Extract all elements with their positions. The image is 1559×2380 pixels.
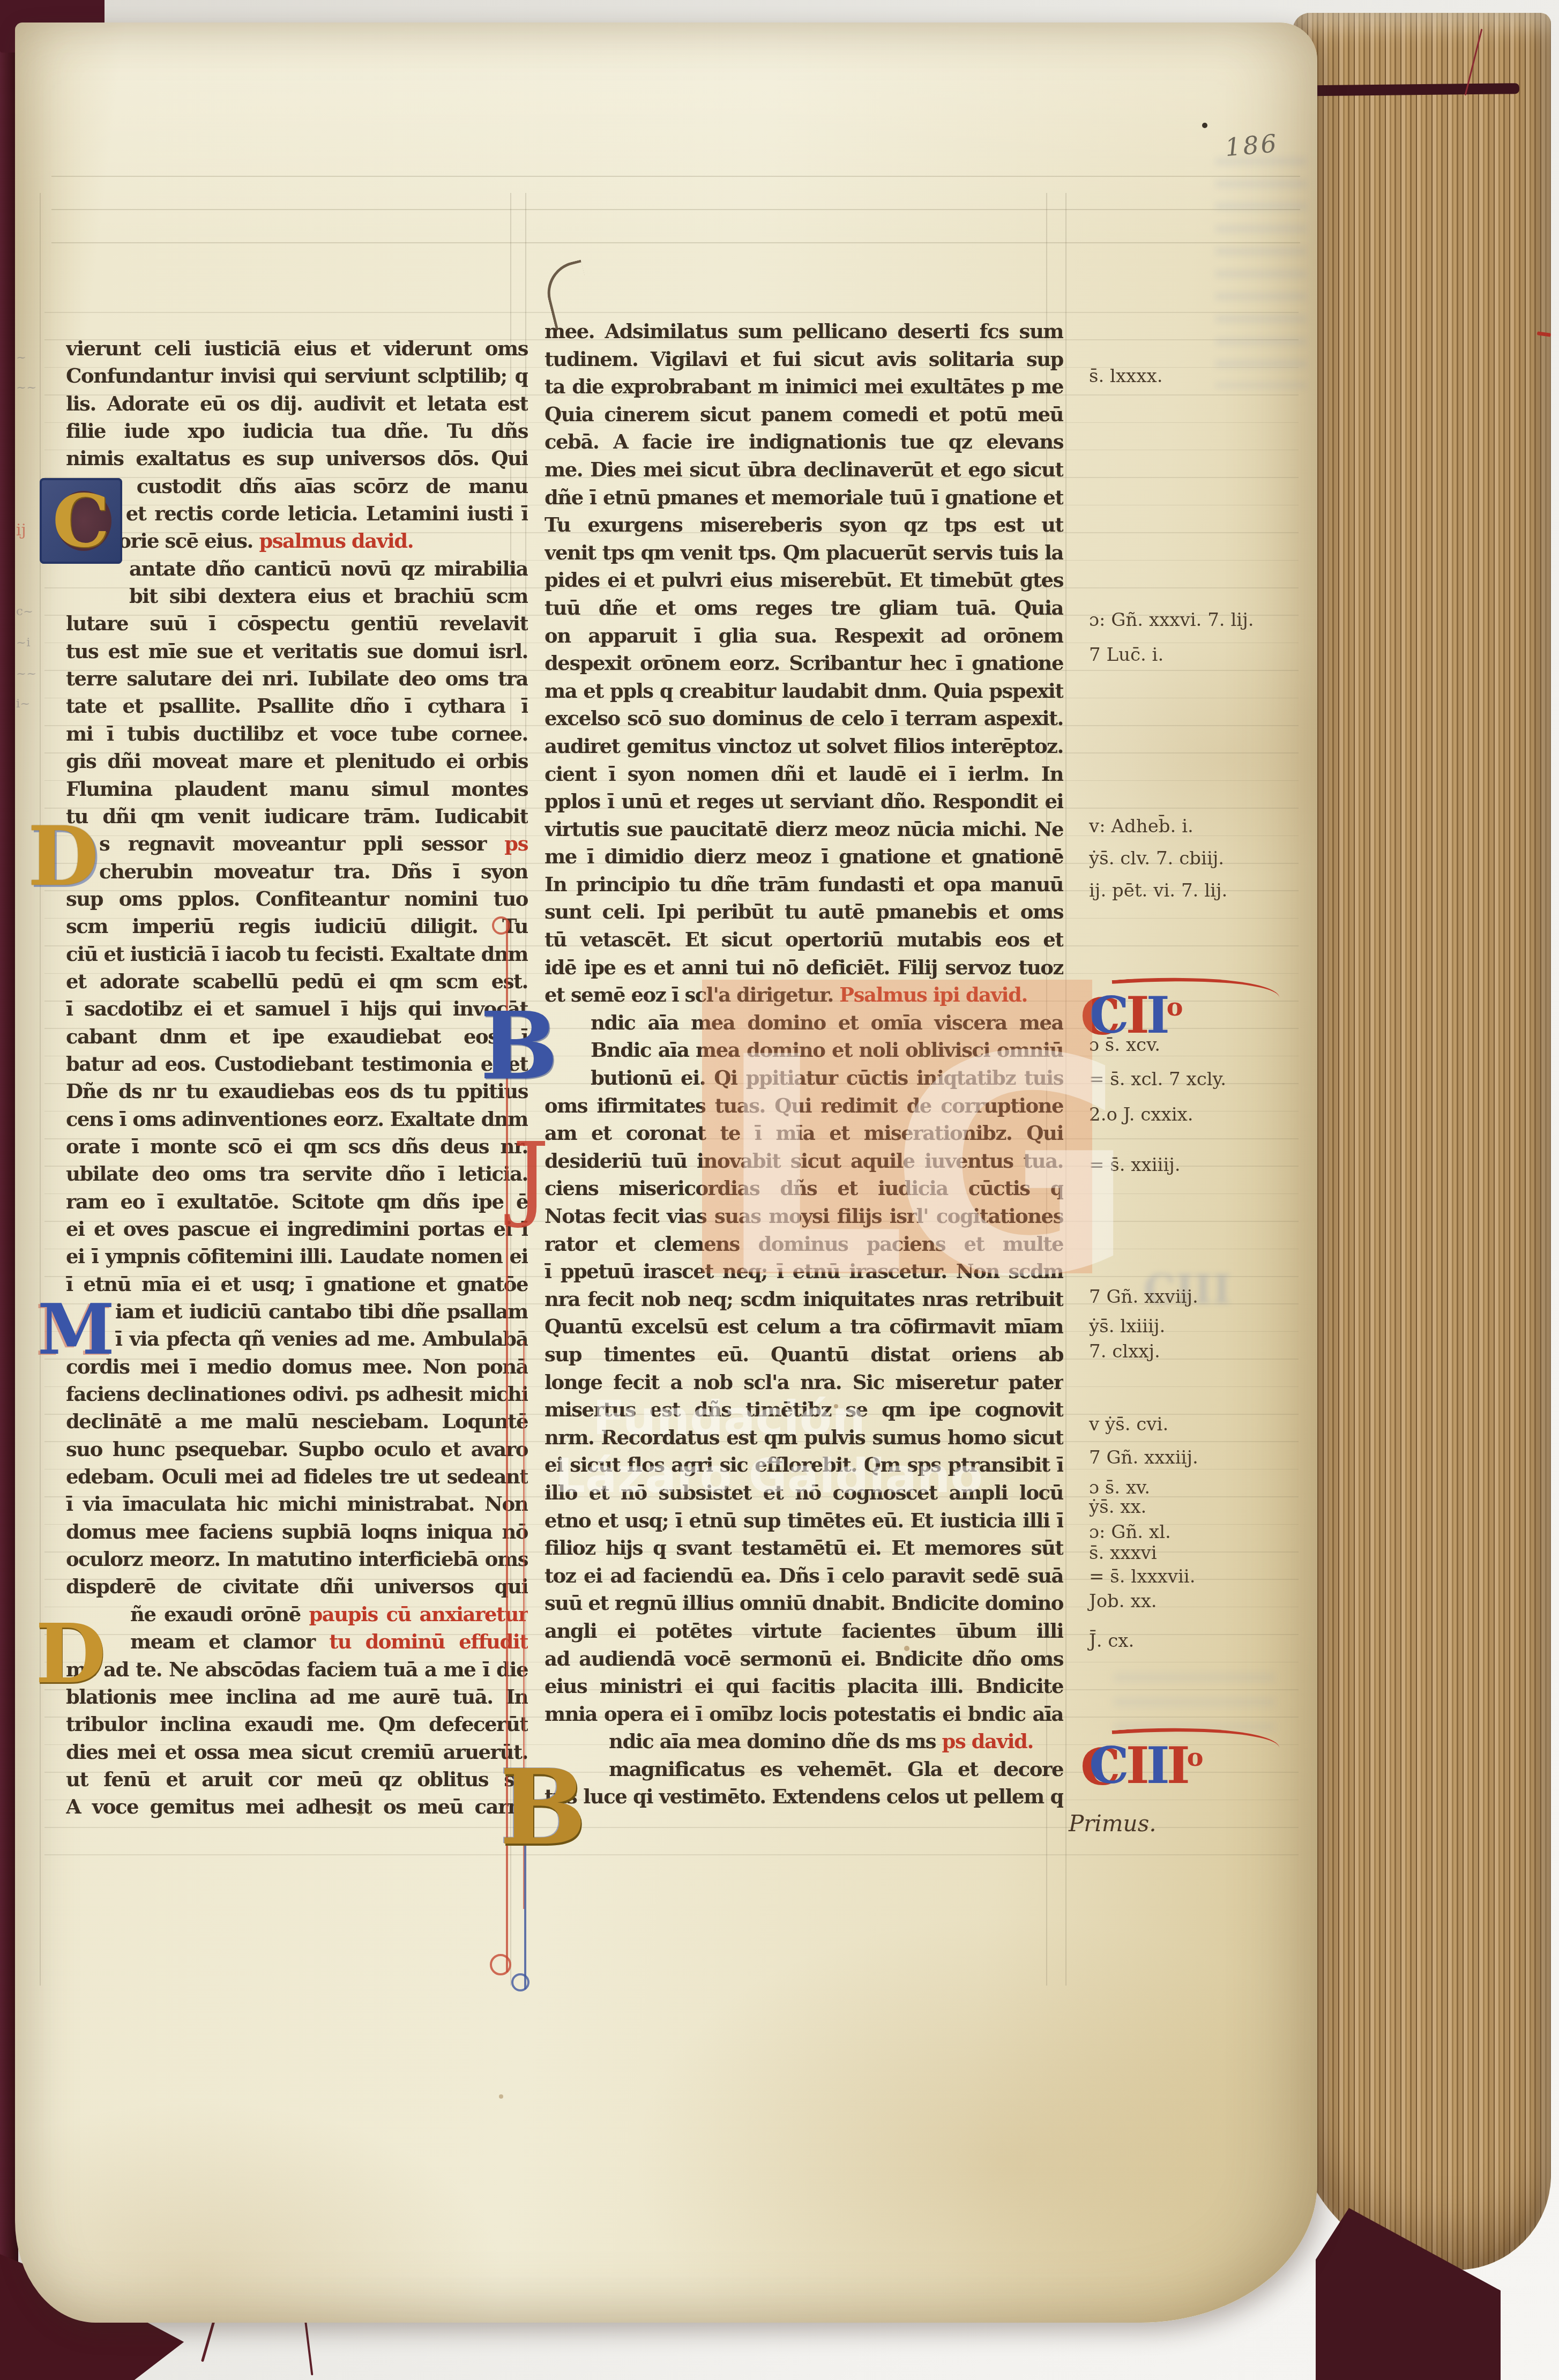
body-text: eius ministri ei qui facitis placita ill… (544, 1674, 1063, 1700)
psalm-numeral-ciii: CIIIo (1089, 1741, 1203, 1791)
body-text: tribulor inclina exaudi me. Qm defecerūt… (66, 1712, 528, 1738)
fore-edge-page-stack (1293, 13, 1551, 2270)
text-line: suo hunc psequebar. Supbo oculo et avaro… (66, 1436, 528, 1463)
text-line: cabant dnm et ipe exaudiebat eos ī colum… (66, 1023, 528, 1050)
body-text: sunt celi. Ipi peribūt tu autē pmanebis … (544, 900, 1063, 926)
show-through-ghost-text (1114, 1673, 1274, 1737)
text-line: magnificatus es vehemēt. Gla et decore i… (544, 1756, 1063, 1784)
text-line: blationis mee inclina ad me aurē tuā. In… (66, 1683, 528, 1711)
body-text: Confundantur invisi qui serviunt sclptil… (66, 364, 528, 390)
text-line: bit sibi dextera eius et brachiū scm eiu… (66, 583, 528, 610)
red-swash (1112, 968, 1279, 1009)
margin-reference: ẏs̄. xx. (1089, 1496, 1146, 1518)
body-text: tus est mīe sue et veritatis sue domui i… (66, 639, 528, 665)
body-text: faciens declinationes odivi. ps adhesit … (66, 1382, 528, 1408)
body-text: iusto et rectis corde leticia. Letamini … (66, 502, 528, 527)
body-text: despexit orōnem eorz. Scribantur hec ī g… (544, 651, 1063, 677)
body-text: me ī dimidio dierz meoz ī gnatione et gn… (544, 845, 1063, 871)
text-line: excelso scō suo dominus de celo ī terram… (544, 705, 1063, 733)
ruling-line (51, 209, 1300, 210)
body-text: ī via pfecta qñ venies ad me. Ambulabā ī… (115, 1327, 528, 1353)
margin-scribble: i~ (16, 697, 61, 711)
text-line: tū vetascēt. Et sicut opertoriū mutabis … (544, 926, 1063, 954)
text-line: dies mei et ossa mea sicut cremiū aruerū… (66, 1739, 528, 1766)
text-line: oculorz meorz. In matutino interficiebā … (66, 1546, 528, 1573)
text-line: cient ī syon nomen dñi et laudē ei ī ier… (544, 760, 1063, 788)
body-text: tus luce qi vestimēto. Extendens celos u… (544, 1785, 1063, 1811)
text-line: me ī dimidio dierz meoz ī gnatione et gn… (544, 843, 1063, 871)
body-text: filie iude xpo iudicia tua dñe. Tu dñs e… (66, 419, 528, 445)
body-text: s regnavit moveantur ppli sessor (99, 832, 504, 855)
text-line: malū custodit dñs aīas scōrz de manu pct… (66, 473, 528, 500)
text-line: ī sacdotibz ei et samuel ī hijs qui invo… (66, 995, 528, 1023)
initial-benedic-cii: B (480, 1000, 558, 1092)
body-text: ī sacdotibz ei et samuel ī hijs qui invo… (66, 997, 528, 1023)
text-line: filie iude xpo iudicia tua dñe. Tu dñs e… (66, 417, 528, 445)
parchment-page: CIII 186 vierunt celi iusticiā eius et v… (15, 23, 1317, 2323)
left-margin-red-mark: ij (16, 521, 26, 540)
text-line: sup timentes eū. Quantū distat oriens ab… (544, 1341, 1063, 1369)
body-text: Quia cinerem sicut panem comedi et potū … (544, 402, 1063, 429)
text-line: sunt celi. Ipi peribūt tu autē pmanebis … (544, 898, 1063, 926)
margin-reference: 7. clxxj. (1089, 1341, 1160, 1362)
text-line: tus luce qi vestimēto. Extendens celos u… (544, 1783, 1063, 1811)
text-line: tribulor inclina exaudi me. Qm defecerūt… (66, 1711, 528, 1738)
text-line: s regnavit moveantur ppli sessor ps davi… (66, 830, 528, 857)
body-text: tudinem. Vigilavi et fui sicut avis soli… (544, 347, 1063, 374)
text-line: memorie scē eius. psalmus david. (66, 527, 528, 555)
body-text: ī etnū mīa ei et usq; ī gnatione et gnat… (66, 1272, 528, 1298)
body-text: lutare suū ī cōspectu gentiū revelavit i… (66, 611, 528, 637)
body-text: terre salutare dei nri. Iubilate deo oms… (66, 667, 528, 692)
text-line: ei et oves pascue ei ingredimini portas … (66, 1215, 528, 1243)
text-line: cebā. A facie ire indignationis tue qz e… (544, 428, 1063, 456)
body-text: dñe ī etnū pmanes et memoriale tuū ī gna… (544, 486, 1063, 512)
text-line: antate dño canticū novū qz mirabilia fec… (66, 555, 528, 583)
dirt-specks (15, 23, 17, 25)
body-text: pplos ī unū et reges ut serviant dño. Re… (544, 789, 1063, 816)
body-text: mee. Adsimilatus sum pellicano deserti f… (544, 319, 1063, 346)
body-text: domus mee faciens supbiā loqns iniqua nō… (66, 1520, 528, 1546)
margin-reference: ɔ: Gñ. xxxvi. 7. lij. (1089, 609, 1254, 631)
body-text: sup timentes eū. Quantū distat oriens ab… (544, 1342, 1063, 1369)
body-text: idē ipe es et anni tui nō deficiēt. Fili… (544, 956, 1063, 982)
text-line: faciens declinationes odivi. ps adhesit … (66, 1381, 528, 1408)
ruling-line (51, 242, 1300, 243)
initial-domine-exaudi: D (35, 1613, 106, 1695)
text-line: mi ī tubis ductilibz et voce tube cornee… (66, 720, 528, 748)
body-text: virtutis sue paucitatē dierz meoz nūcia … (544, 817, 1063, 844)
margin-reference: s̄. lxxxx. (1089, 365, 1162, 387)
margin-reference: 7 Gñ. xxxiij. (1089, 1447, 1198, 1468)
text-line: orate ī monte scō ei qm scs dñs deus nr.… (66, 1133, 528, 1160)
text-line: Tu exurgens misereberis syon qz tps est … (544, 511, 1063, 539)
body-text: sup oms pplos. Confiteantur nomini tuo m… (66, 887, 528, 913)
body-text: ram eo ī exultatōe. Scitote qm dñs ipe ē… (66, 1190, 528, 1215)
text-line: ta die exprobrabant m inimici mei exultā… (544, 373, 1063, 401)
body-text: cient ī syon nomen dñi et laudē ei ī ier… (544, 762, 1063, 788)
initial-misericordiam: M (38, 1295, 115, 1364)
text-line: toz ei ad faciendū ea. Dñs ī celo paravi… (544, 1562, 1063, 1590)
text-line: filioz hijs q svant testamētū ei. Et mem… (544, 1534, 1063, 1562)
text-line: Confundantur invisi qui serviunt sclptil… (66, 362, 528, 390)
margin-scribble: ~~ (16, 380, 61, 394)
text-line: domus mee faciens supbiā loqns iniqua nō… (66, 1518, 528, 1546)
text-line: eius ministri ei qui facitis placita ill… (544, 1673, 1063, 1700)
body-text: oculorz meorz. In matutino interficiebā … (66, 1547, 528, 1573)
initial-cantate: C (40, 478, 122, 564)
body-text: malū custodit dñs aīas scōrz de manu pct… (66, 474, 528, 500)
text-line: audiret gemitus vinctoz ut solvet filios… (544, 733, 1063, 760)
text-line: iam et iudiciū cantabo tibi dñe psallam … (66, 1298, 528, 1325)
initial-jubilate: J (512, 1131, 549, 1223)
text-column-left: vierunt celi iusticiā eius et viderunt o… (66, 335, 528, 1821)
body-text: Dñe ds nr tu exaudiebas eos ds tu ppitiu… (66, 1079, 528, 1105)
body-text: cebā. A facie ire indignationis tue qz e… (544, 430, 1063, 456)
text-line: tu dñi qm venit iudicare trām. Iudicabit… (66, 803, 528, 830)
body-text: antate dño canticū novū qz mirabilia fec… (129, 557, 528, 583)
text-line: iusto et rectis corde leticia. Letamini … (66, 500, 528, 527)
text-line: me. Dies mei sicut ūbra declinaverūt et … (544, 456, 1063, 484)
body-text: ma et ppls q creabitur laudabit dnm. Qui… (544, 679, 1063, 705)
text-line: ī etnū mīa ei et usq; ī gnatione et gnat… (66, 1271, 528, 1298)
body-text: filioz hijs q svant testamētū ei. Et mem… (544, 1536, 1063, 1562)
body-text: excelso scō suo dominus de celo ī terram… (544, 706, 1063, 733)
body-text: ei et oves pascue ei ingredimini portas … (66, 1217, 528, 1243)
body-text: mi ī tubis ductilibz et voce tube cornee… (66, 722, 528, 748)
folio-number: 186 (1224, 129, 1280, 162)
body-text: ñe exaudi orōnē (130, 1602, 309, 1626)
text-line: meam et clamor tu dominū effudit precē s… (66, 1628, 528, 1655)
body-text: edebam. Oculi mei ad fideles tre ut sede… (66, 1465, 528, 1490)
text-line: ut fenū et aruit cor meū qz oblitus sū c… (66, 1766, 528, 1793)
margin-reference: 7 Luc̄. i. (1089, 644, 1163, 666)
margin-scribble: ~~ (16, 667, 61, 681)
text-line: Dñe ds nr tu exaudiebas eos ds tu ppitiu… (66, 1078, 528, 1105)
body-text: etno et usq; ī etnū sup timētes eū. Et i… (544, 1509, 1063, 1535)
body-text: lis. Adorate eū os dij. audivit et letat… (66, 392, 528, 417)
text-line: mnia opera ei ī omībz locis potestatis e… (544, 1700, 1063, 1728)
margin-reference: Job. xx. (1089, 1591, 1157, 1612)
body-text: tū vetascēt. Et sicut opertoriū mutabis … (544, 928, 1063, 954)
margin-scribble: ~ (16, 350, 61, 364)
body-text: cherubin moveatur tra. Dñs ī syon magnus… (99, 860, 528, 885)
text-line: tudinem. Vigilavi et fui sicut avis soli… (544, 346, 1063, 374)
body-text: gis dñi moveat mare et plenitudo ei orbi… (66, 749, 528, 775)
text-line: idē ipe es et anni tui nō deficiēt. Fili… (544, 954, 1063, 982)
body-text: suū et regnū illius omniū dnabit. Bndici… (544, 1591, 1063, 1615)
rubric-text: ps david. (942, 1729, 1033, 1753)
body-text: nimis exaltatus es sup universos dōs. Qu… (66, 446, 528, 472)
margin-reference: v: Adheb̄. i. (1089, 816, 1194, 837)
text-line: ubilate deo oms tra servite dño ī letici… (66, 1160, 528, 1188)
text-line: scm imperiū regis iudiciū diligit. Tu fu… (66, 913, 528, 940)
initial-benedic-ciii: B (499, 1757, 586, 1860)
margin-reference: v ẏs̄. cvi. (1089, 1414, 1168, 1435)
body-text: declinātē a me malū nesciebam. Loquntē o… (66, 1409, 528, 1435)
text-line: ms ad te. Ne abscōdas faciem tuā a me ī … (66, 1656, 528, 1683)
margin-reference: ij. pēt. vi. 7. lij. (1089, 880, 1227, 901)
body-text: ī via īmaculata hic michi ministrabat. N… (66, 1492, 528, 1518)
body-text: suo hunc psequebar. Supbo oculo et avaro… (66, 1437, 528, 1463)
text-line: gis dñi moveat mare et plenitudo ei orbi… (66, 748, 528, 775)
watermark-text-line2: Lázaro Galdiano (555, 1448, 983, 1503)
text-line: tus est mīe sue et veritatis sue domui i… (66, 638, 528, 665)
body-text: mnia opera ei ī omībz locis potestatis e… (544, 1702, 1063, 1728)
text-line: virtutis sue paucitatē dierz meoz nūcia … (544, 816, 1063, 844)
text-line: lis. Adorate eū os dij. audivit et letat… (66, 390, 528, 417)
body-text: venit tps qm venit tps. Qm placuerūt ser… (544, 541, 1063, 564)
body-text: ms ad te. Ne abscōdas faciem tuā a me ī … (66, 1658, 528, 1683)
text-line: ciū et iusticiā ī iacob tu fecisti. Exal… (66, 941, 528, 968)
body-text: ut fenū et aruit cor meū qz oblitus sū c… (66, 1767, 528, 1793)
body-text: scm imperiū regis iudiciū diligit. Tu fu… (66, 914, 528, 940)
manuscript-photo: CIII 186 vierunt celi iusticiā eius et v… (0, 0, 1559, 2380)
text-line: dispderē de civitate dñi universos qui o… (66, 1573, 528, 1600)
body-text: A voce gemitus mei adhesit os meū carni (66, 1795, 528, 1818)
text-line: ndic aīa mea domino dñe ds ms ps david. (544, 1728, 1063, 1756)
body-text: tate et psallite. Psallite dño ī cythara… (66, 694, 528, 720)
body-text: angli ei potētes virtute facientes ūbum … (544, 1619, 1063, 1643)
body-text: et adorate scabellū pedū ei qm scm est. … (66, 969, 528, 995)
text-line: vierunt celi iusticiā eius et viderunt o… (66, 335, 528, 362)
text-line: ñe exaudi orōnē paupis cū anxiaretur et … (66, 1601, 528, 1628)
margin-reference: ẏs̄. clv. 7. cbiij. (1089, 848, 1224, 869)
text-line: et adorate scabellū pedū ei qm scm est. … (66, 968, 528, 995)
text-line: ī via īmaculata hic michi ministrabat. N… (66, 1490, 528, 1518)
text-line: nimis exaltatus es sup universos dōs. Qu… (66, 445, 528, 472)
margin-reference: = s̄. lxxxvii. (1089, 1566, 1196, 1587)
text-line: on apparuit ī glia sua. Respexit ad orōn… (544, 622, 1063, 650)
body-text: vierunt celi iusticiā eius et viderunt o… (66, 337, 528, 362)
body-text: tuū dñe et oms reges tre gliam tuā. Quia… (544, 596, 1063, 622)
ruling-line (51, 176, 1300, 177)
text-line: pides ei et pulvri eius miserebūt. Et ti… (544, 566, 1063, 594)
text-line: tate et psallite. Psallite dño ī cythara… (66, 692, 528, 720)
column-rule (40, 193, 41, 1986)
body-text: ei ī ympnis cōfitemini illi. Laudate nom… (66, 1244, 528, 1270)
body-text: In principio tu dñe trām fundasti et opa… (544, 872, 1063, 899)
text-line: Quia cinerem sicut panem comedi et potū … (544, 401, 1063, 429)
text-line: angli ei potētes virtute facientes ūbum … (544, 1617, 1063, 1645)
text-line: ram eo ī exultatōe. Scitote qm dñs ipe ē… (66, 1188, 528, 1215)
body-text: ubilate deo oms tra servite dño ī letici… (66, 1162, 528, 1188)
body-text: orate ī monte scō ei qm scs dñs deus nr. (66, 1135, 528, 1158)
text-line: mee. Adsimilatus sum pellicano deserti f… (544, 318, 1063, 346)
watermark-text-line1: Fundación (593, 1390, 866, 1445)
text-line: batur ad eos. Custodiebant testimonia ei… (66, 1050, 528, 1078)
text-line: declinātē a me malū nesciebam. Loquntē o… (66, 1408, 528, 1435)
body-text: meam et clamor (130, 1630, 329, 1653)
text-line: tuū dñe et oms reges tre gliam tuā. Quia… (544, 594, 1063, 622)
margin-scribble: c~ (16, 605, 61, 618)
text-line: ei ī ympnis cōfitemini illi. Laudate nom… (66, 1243, 528, 1270)
body-text: blationis mee inclina ad me aurē tuā. In… (66, 1685, 528, 1711)
text-line: edebam. Oculi mei ad fideles tre ut sede… (66, 1463, 528, 1490)
body-text: cens ī oms adinventiones eorz. Exaltate … (66, 1107, 528, 1133)
body-text: Flumina plaudent manu simul montes exult… (66, 777, 528, 803)
primus-label: Primus. (1069, 1810, 1157, 1837)
body-text: toz ei ad faciendū ea. Dñs ī celo paravi… (544, 1564, 1063, 1590)
text-line: Flumina plaudent manu simul montes exult… (66, 775, 528, 803)
text-line: cordis mei ī medio domus mee. Non ponā o… (66, 1353, 528, 1381)
text-line: venit tps qm venit tps. Qm placuerūt ser… (544, 539, 1063, 567)
text-line: cherubin moveatur tra. Dñs ī syon magnus… (66, 858, 528, 885)
body-text: iam et iudiciū cantabo tibi dñe psallam … (115, 1300, 528, 1325)
text-line: suū et regnū illius omniū dnabit. Bndici… (544, 1590, 1063, 1617)
body-text: ad audiendā vocē sermonū ei. Bndicite dñ… (544, 1647, 1063, 1673)
body-text: magnificatus es vehemēt. Gla et decore i… (609, 1757, 1063, 1784)
body-text: pides ei et pulvri eius miserebūt. Et ti… (544, 568, 1063, 594)
body-text: cabant dnm et ipe exaudiebat eos ī colum… (66, 1025, 528, 1050)
text-line: etno et usq; ī etnū sup timētes eū. Et i… (544, 1507, 1063, 1535)
watermark-monogram: LG (716, 1018, 1117, 1318)
text-line: pplos ī unū et reges ut serviant dño. Re… (544, 788, 1063, 816)
text-line: ad audiendā vocē sermonū ei. Bndicite dñ… (544, 1645, 1063, 1673)
margin-scribble: ~i (16, 636, 61, 650)
initial-dominus-regnavit: D (28, 816, 99, 897)
text-line: despexit orōnem eorz. Scribantur hec ī g… (544, 650, 1063, 677)
body-text: me. Dies mei sicut ūbra declinaverūt et … (544, 458, 1063, 484)
body-text: dispderē de civitate dñi universos qui o… (66, 1575, 528, 1600)
text-line: cens ī oms adinventiones eorz. Exaltate … (66, 1106, 528, 1133)
body-text: cordis mei ī medio domus mee. Non ponā o… (66, 1355, 528, 1381)
body-text: tu dñi qm venit iudicare trām. Iudicabit… (66, 804, 528, 830)
body-text: audiret gemitus vinctoz ut solvet filios… (544, 734, 1063, 760)
text-line: A voce gemitus mei adhesit os meū carni (66, 1793, 528, 1821)
rubric-text: psalmus david. (259, 529, 413, 553)
text-line: sup oms pplos. Confiteantur nomini tuo m… (66, 885, 528, 913)
body-text: ta die exprobrabant m inimici mei exultā… (544, 375, 1063, 401)
text-line: dñe ī etnū pmanes et memoriale tuū ī gna… (544, 484, 1063, 512)
body-text: dies mei et ossa mea sicut cremiū aruerū… (66, 1740, 528, 1766)
show-through-ghost-text (1215, 158, 1307, 388)
body-text: ciū et iusticiā ī iacob tu fecisti. Exal… (66, 942, 528, 968)
text-line: terre salutare dei nri. Iubilate deo oms… (66, 665, 528, 692)
margin-reference: J̄. cx. (1089, 1630, 1134, 1652)
body-text: on apparuit ī glia sua. Respexit ad orōn… (544, 624, 1063, 650)
margin-reference: ɔ s̄. xv. (1089, 1477, 1150, 1498)
body-text: Tu exurgens misereberis syon qz tps est … (544, 513, 1063, 539)
text-line: ī via pfecta qñ venies ad me. Ambulabā ī… (66, 1325, 528, 1353)
body-text: bit sibi dextera eius et brachiū scm eiu… (129, 584, 528, 610)
text-line: lutare suū ī cōspectu gentiū revelavit i… (66, 610, 528, 637)
text-line: ma et ppls q creabitur laudabit dnm. Qui… (544, 677, 1063, 705)
margin-reference: s̄. xxxvi (1089, 1542, 1157, 1564)
margin-reference: ɔ: Gñ. xl. (1089, 1521, 1171, 1543)
body-text: ndic aīa mea domino dñe ds ms (609, 1729, 942, 1753)
text-line: In principio tu dñe trām fundasti et opa… (544, 871, 1063, 899)
body-text: batur ad eos. Custodiebant testimonia ei… (66, 1052, 528, 1078)
